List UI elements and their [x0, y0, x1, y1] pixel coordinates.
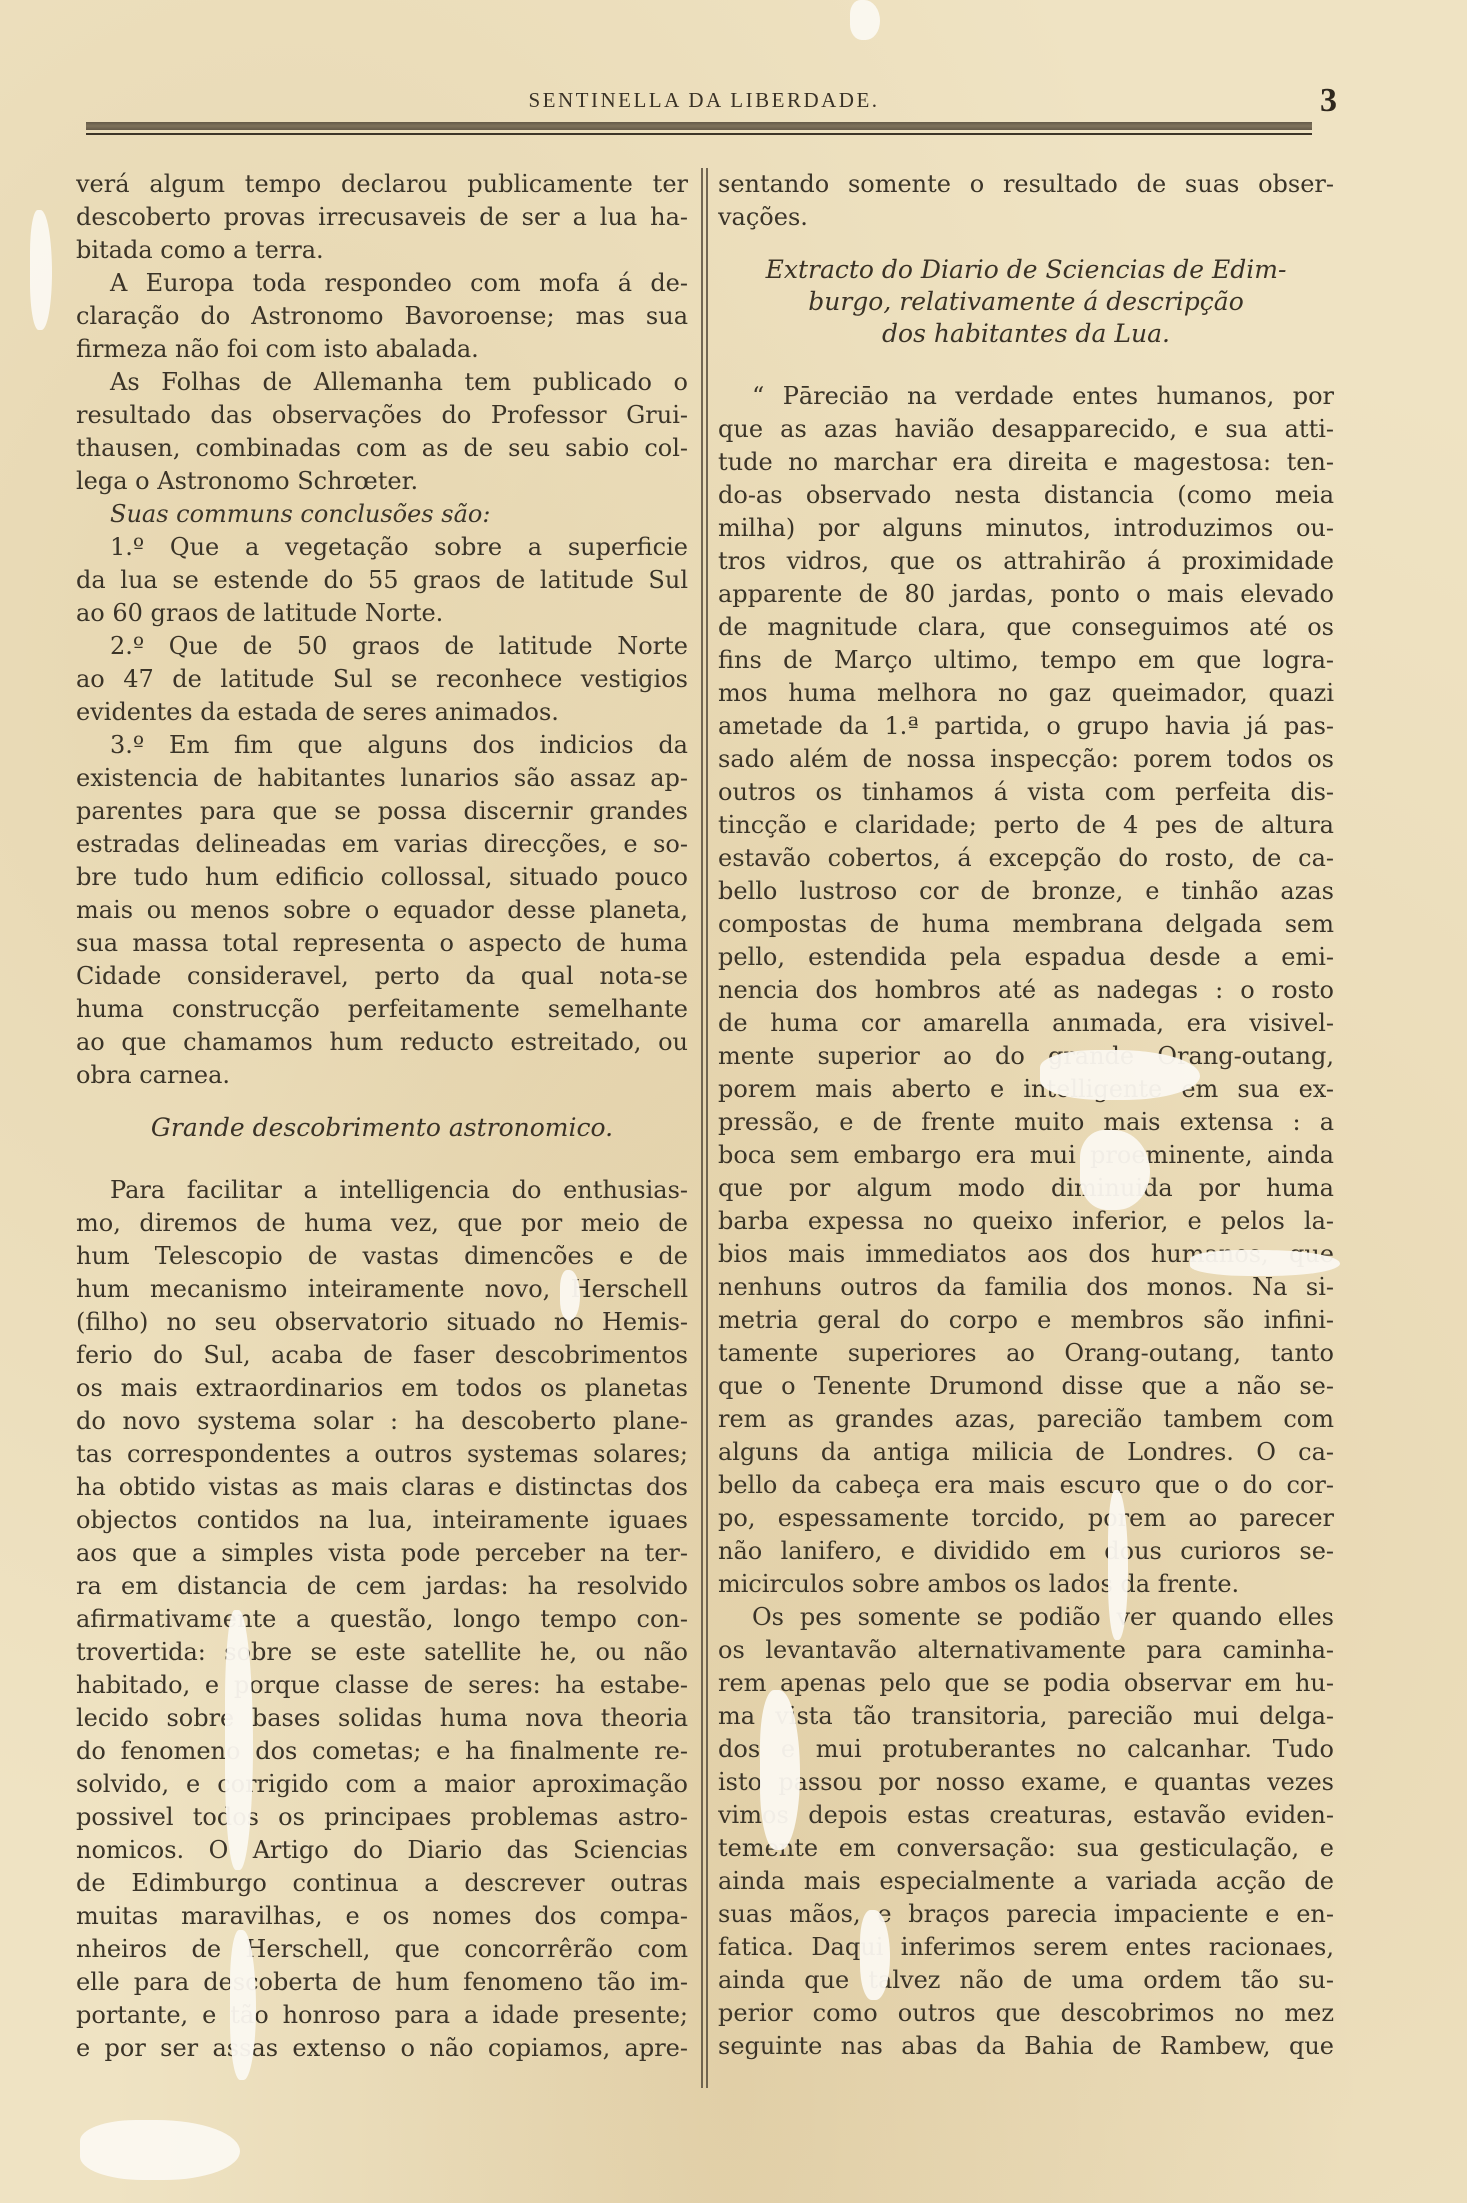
text-line: evidentes da estada de seres animados. — [76, 696, 688, 729]
text-line: 1.º Que a vegetação sobre a superficie — [76, 531, 688, 564]
text-line: bello lustroso cor de bronze, e tinhão a… — [718, 875, 1334, 908]
heading-line: dos habitantes da Lua. — [718, 318, 1334, 350]
paper-damage — [80, 2120, 240, 2180]
paragraph-continuation: sentando somente o resultado de suas obs… — [718, 168, 1334, 234]
text-line: solvido, e corrigido com a maior aproxim… — [76, 1768, 688, 1801]
text-line: A Europa toda respondeo com mofa á de- — [76, 267, 688, 300]
text-line: trovertida: sobre se este satellite he, … — [76, 1636, 688, 1669]
text-line: ametade da 1.ª partida, o grupo havia já… — [718, 710, 1334, 743]
text-line: ao 60 graos de latitude Norte. — [76, 597, 688, 630]
paragraph-feet: Os pes somente se podião ver quando elle… — [718, 1601, 1334, 2063]
text-line: que o Tenente Drumond disse que a não se… — [718, 1370, 1334, 1403]
paper-damage — [1108, 1490, 1128, 1640]
text-line: nheiros de Herschell, que concorrêrão co… — [76, 1933, 688, 1966]
text-line: ferio do Sul, acaba de faser descobrimen… — [76, 1339, 688, 1372]
right-column: sentando somente o resultado de suas obs… — [718, 168, 1334, 2063]
text-line: descoberto provas irrecusaveis de ser a … — [76, 201, 688, 234]
text-line: milha) por alguns minutos, introduzimos … — [718, 512, 1334, 545]
paper-damage — [850, 0, 880, 40]
paragraph-europe-response: A Europa toda respondeo com mofa á de- c… — [76, 267, 688, 366]
text-line: Cidade consideravel, perto da qual nota-… — [76, 960, 688, 993]
text-line: 3.º Em fim que alguns dos indicios da — [76, 729, 688, 762]
text-line: aos que a simples vista pode perceber na… — [76, 1537, 688, 1570]
text-line: ao 47 de latitude Sul se reconhece vesti… — [76, 663, 688, 696]
paper-damage — [560, 1270, 580, 1320]
text-line: ha obtido vistas as mais claras e distin… — [76, 1471, 688, 1504]
text-line: rem apenas pelo que se podia observar em… — [718, 1667, 1334, 1700]
text-line: mais ou menos sobre o equador desse plan… — [76, 894, 688, 927]
text-line: resultado das observações do Professor G… — [76, 399, 688, 432]
text-line: barba expessa no queixo inferior, e pelo… — [718, 1205, 1334, 1238]
text-line: tincção e claridade; perto de 4 pes de a… — [718, 809, 1334, 842]
text-line: “ Pāreciāo na verdade entes humanos, por — [718, 380, 1334, 413]
text-line: estradas delineadas em varias direcções,… — [76, 828, 688, 861]
text-line: sado além de nossa inspecção: porem todo… — [718, 743, 1334, 776]
text-line: tude no marchar era direita e magestosa:… — [718, 446, 1334, 479]
text-line: ainda mais especialmente a variada acção… — [718, 1865, 1334, 1898]
text-line: boca sem embargo era mui proeminente, ai… — [718, 1139, 1334, 1172]
newspaper-title: SENTINELLA DA LIBERDADE. — [0, 88, 1408, 113]
text-line: ma vista tão transitoria, parecião mui d… — [718, 1700, 1334, 1733]
newspaper-page: SENTINELLA DA LIBERDADE. 3 verá algum te… — [0, 0, 1467, 2203]
text-line: seguinte nas abas da Bahia de Rambew, qu… — [718, 2030, 1334, 2063]
text-line: nomicos. O Artigo do Diario das Sciencia… — [76, 1834, 688, 1867]
text-line: da lua se estende do 55 graos de latitud… — [76, 564, 688, 597]
heading-line: burgo, relativamente á descripção — [718, 286, 1334, 318]
text-line: obra carnea. — [76, 1059, 688, 1092]
paper-damage — [1040, 1050, 1200, 1100]
masthead-rule-thick — [86, 122, 1312, 130]
text-line: sua massa total representa o aspecto de … — [76, 927, 688, 960]
text-line: ra em distancia de cem jardas: ha resolv… — [76, 1570, 688, 1603]
text-line: outros os tinhamos á vista com perfeita … — [718, 776, 1334, 809]
masthead: SENTINELLA DA LIBERDADE. 3 — [0, 88, 1467, 118]
paper-damage — [860, 1910, 890, 2000]
text-line: alguns da antiga milicia de Londres. O c… — [718, 1436, 1334, 1469]
text-line: de Edimburgo continua a descrever outras — [76, 1867, 688, 1900]
paper-damage — [760, 1690, 800, 1850]
paragraph-german-papers: As Folhas de Allemanha tem publicado o r… — [76, 366, 688, 498]
text-line: po, espessamente torcido, porem ao parec… — [718, 1502, 1334, 1535]
text-line: possivel todos os principaes problemas a… — [76, 1801, 688, 1834]
conclusion-item-2: 2.º Que de 50 graos de latitude Norte ao… — [76, 630, 688, 729]
text-line: dos e mui protuberantes no calcanhar. Tu… — [718, 1733, 1334, 1766]
text-line: 2.º Que de 50 graos de latitude Norte — [76, 630, 688, 663]
text-line: verá algum tempo declarou publicamente t… — [76, 168, 688, 201]
text-line: que as azas havião desapparecido, e sua … — [718, 413, 1334, 446]
text-line: ainda que talvez não de uma ordem tão su… — [718, 1964, 1334, 1997]
text-line: apparente de 80 jardas, ponto o mais ele… — [718, 578, 1334, 611]
heading-line: Extracto do Diario de Sciencias de Edim- — [718, 254, 1334, 286]
text-line: sentando somente o resultado de suas obs… — [718, 168, 1334, 201]
text-line: pello, estendida pela espadua desde a em… — [718, 941, 1334, 974]
text-line: vações. — [718, 201, 1334, 234]
text-line: bitada como a terra. — [76, 234, 688, 267]
text-line: hum Telescopio de vastas dimencões e de — [76, 1240, 688, 1273]
text-line: que por algum modo diminuida por huma — [718, 1172, 1334, 1205]
text-line: claração do Astronomo Bavoroense; mas su… — [76, 300, 688, 333]
text-line: lecido sobre bases solidas huma nova the… — [76, 1702, 688, 1735]
text-line: hum mecanismo inteiramente novo, Hersche… — [76, 1273, 688, 1306]
text-line: mos huma melhora no gaz queimador, quazi — [718, 677, 1334, 710]
section-heading-great-discovery: Grande descobrimento astronomico. — [76, 1112, 688, 1144]
text-line: nencia dos hombros até as nadegas : o ro… — [718, 974, 1334, 1007]
text-line: compostas de huma membrana delgada sem — [718, 908, 1334, 941]
text-line: mente superior ao do grande Orang-outang… — [718, 1040, 1334, 1073]
text-line: thausen, combinadas com as de seu sabio … — [76, 432, 688, 465]
text-line: tas correspondentes a outros systemas so… — [76, 1438, 688, 1471]
text-line: do novo systema solar : ha descoberto pl… — [76, 1405, 688, 1438]
text-line: Suas communs conclusões são: — [76, 498, 688, 531]
text-line: suas mãos, e braços parecia impaciente e… — [718, 1898, 1334, 1931]
text-line: do-as observado nesta distancia (como me… — [718, 479, 1334, 512]
text-line: As Folhas de Allemanha tem publicado o — [76, 366, 688, 399]
text-line: os mais extraordinarios em todos os plan… — [76, 1372, 688, 1405]
text-line: mo, diremos de huma vez, que por meio de — [76, 1207, 688, 1240]
text-line: habitado, e porque classe de seres: ha e… — [76, 1669, 688, 1702]
text-line: micirculos sobre ambos os lados da frent… — [718, 1568, 1334, 1601]
text-line: bre tudo hum edificio collossal, situado… — [76, 861, 688, 894]
text-line: temente em conversação: sua gesticulação… — [718, 1832, 1334, 1865]
text-line: isto passou por nosso exame, e quantas v… — [718, 1766, 1334, 1799]
text-line: portante, e tão honroso para a idade pre… — [76, 1999, 688, 2032]
left-column: verá algum tempo declarou publicamente t… — [76, 168, 688, 2065]
text-line: de huma cor amarella anımada, era visive… — [718, 1007, 1334, 1040]
text-line: pressão, e de frente muito mais extensa … — [718, 1106, 1334, 1139]
paper-damage — [1080, 1130, 1150, 1210]
text-line: e por ser assas extenso o não copiamos, … — [76, 2032, 688, 2065]
text-line: do fenomeno dos cometas; e ha finalmente… — [76, 1735, 688, 1768]
text-line: (filho) no seu observatorio situado no H… — [76, 1306, 688, 1339]
section-heading-extract: Extracto do Diario de Sciencias de Edim-… — [718, 254, 1334, 350]
paragraph-lunar-habitation: verá algum tempo declarou publicamente t… — [76, 168, 688, 267]
conclusions-label: Suas communs conclusões são: — [76, 498, 688, 531]
conclusion-item-1: 1.º Que a vegetação sobre a superficie d… — [76, 531, 688, 630]
text-line: bello da cabeça era mais escuro que o do… — [718, 1469, 1334, 1502]
masthead-rule-thin — [86, 133, 1312, 135]
page-number: 3 — [1320, 82, 1337, 120]
text-line: perior como outros que descobrimos no me… — [718, 1997, 1334, 2030]
text-line: elle para descoberta de hum fenomeno tão… — [76, 1966, 688, 1999]
paper-damage — [30, 210, 52, 330]
text-line: objectos contidos na lua, inteiramente i… — [76, 1504, 688, 1537]
text-line: vimos depois estas creaturas, estavão ev… — [718, 1799, 1334, 1832]
text-line: não lanifero, e dividido em dous curioro… — [718, 1535, 1334, 1568]
text-line: porem mais aberto e intelligente em sua … — [718, 1073, 1334, 1106]
text-line: os levantavão alternativamente para cami… — [718, 1634, 1334, 1667]
text-line: tamente superiores ao Orang-outang, tant… — [718, 1337, 1334, 1370]
paper-damage — [230, 1930, 256, 2080]
conclusion-item-3: 3.º Em fim que alguns dos indicios da ex… — [76, 729, 688, 1092]
text-line: firmeza não foi com isto abalada. — [76, 333, 688, 366]
text-line: muitas maravilhas, e os nomes dos compa- — [76, 1900, 688, 1933]
column-divider — [701, 168, 708, 2088]
text-line: metria geral do corpo e membros são infi… — [718, 1304, 1334, 1337]
text-line: ao que chamamos hum reducto estreitado, … — [76, 1026, 688, 1059]
text-line: fatica. Daqui inferimos serem entes raci… — [718, 1931, 1334, 1964]
text-line: parentes para que se possa discernir gra… — [76, 795, 688, 828]
paper-damage — [1190, 1250, 1340, 1276]
text-line: rem as grandes azas, parecião tambem com — [718, 1403, 1334, 1436]
text-line: Os pes somente se podião ver quando elle… — [718, 1601, 1334, 1634]
text-line: de magnitude clara, que conseguimos até … — [718, 611, 1334, 644]
text-line: huma construcção perfeitamente semelhant… — [76, 993, 688, 1026]
paragraph-lunar-beings: “ Pāreciāo na verdade entes humanos, por… — [718, 380, 1334, 1601]
text-line: tros vidros, que os attrahirão á proximi… — [718, 545, 1334, 578]
text-line: estavão cobertos, á excepção do rosto, d… — [718, 842, 1334, 875]
text-line: afirmativamente a questão, longo tempo c… — [76, 1603, 688, 1636]
paragraph-herschel-article: Para facilitar a intelligencia do enthus… — [76, 1174, 688, 2065]
text-line: fins de Março ultimo, tempo em que logra… — [718, 644, 1334, 677]
text-line: lega o Astronomo Schrœter. — [76, 465, 688, 498]
text-line: Para facilitar a intelligencia do enthus… — [76, 1174, 688, 1207]
text-line: existencia de habitantes lunarios são as… — [76, 762, 688, 795]
